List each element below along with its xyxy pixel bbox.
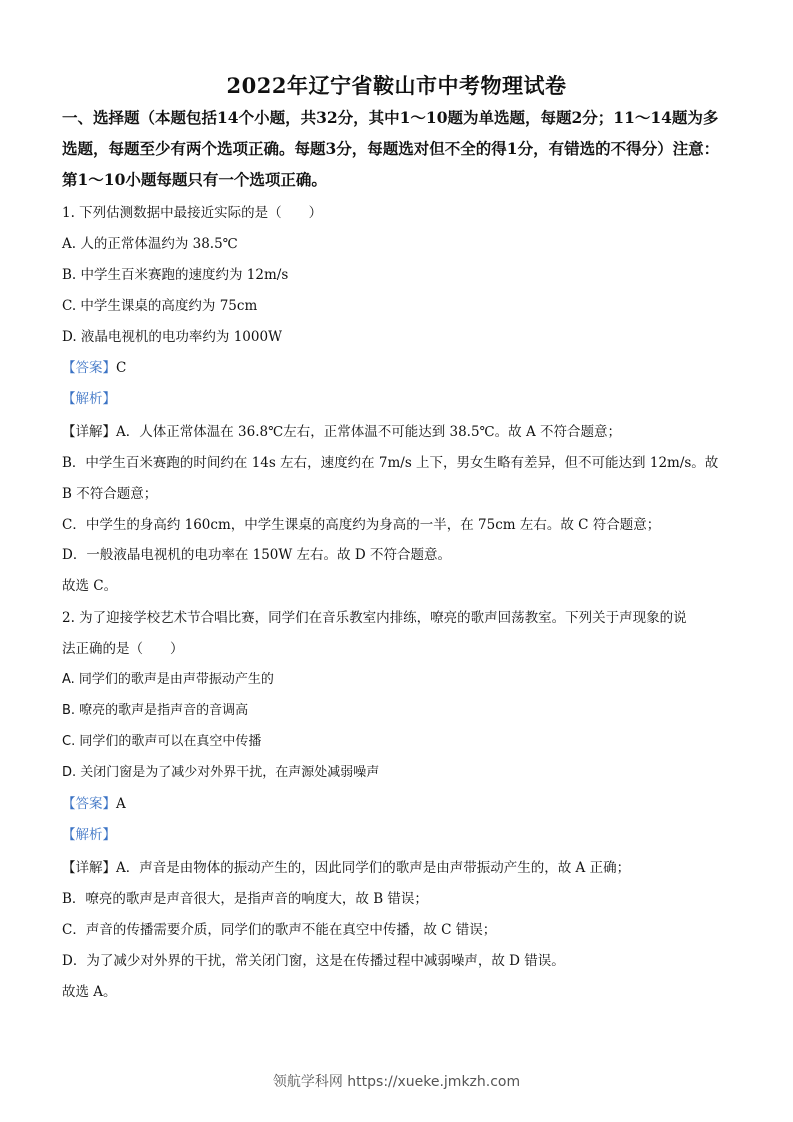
q1-stem: 1. 下列估测数据中最接近实际的是（ ） (62, 204, 322, 222)
footer-watermark: 领航学科网 https://xueke.jmkzh.com (0, 1071, 793, 1091)
q2-detail-1: 【详解】A．声音是由物体的振动产生的，因此同学们的歌声是由声带振动产生的，故 A… (62, 859, 630, 877)
section-heading: 一、选择题（本题包括14个小题，共32分，其中1～10题为单选题，每题2分；11… (62, 102, 732, 195)
q2-stem-line2: 法正确的是（ ） (62, 640, 184, 658)
q1-detail-2: B．中学生百米赛跑的时间约在 14s 左右，速度约在 7m/s 上下，男女生略有… (62, 454, 718, 472)
q1-detail-4: C．中学生的身高约 160cm，中学生课桌的高度约为身高的一半，在 75cm 左… (62, 516, 660, 534)
q2-detail-3: C．声音的传播需要介质，同学们的歌声不能在真空中传播，故 C 错误； (62, 921, 496, 939)
q1-detail-3: B 不符合题意； (62, 485, 157, 503)
q1-detail-1: 【详解】A．人体正常体温在 36.8℃左右，正常体温不可能达到 38.5℃。故 … (62, 423, 621, 441)
q2-option-a: A. 同学们的歌声是由声带振动产生的 (62, 671, 274, 689)
q2-answer: 【答案】A (62, 795, 126, 813)
q2-analysis-label: 【解析】 (62, 826, 116, 844)
page-title: 2022年辽宁省鞍山市中考物理试卷 (0, 70, 793, 100)
q2-detail-4: D．为了减少对外界的干扰，常关闭门窗，这是在传播过程中减弱噪声，故 D 错误。 (62, 952, 565, 970)
answer-label: 【答案】 (62, 360, 116, 376)
q2-stem-line1: 2. 为了迎接学校艺术节合唱比赛，同学们在音乐教室内排练，嘹亮的歌声回荡教室。下… (62, 609, 687, 627)
answer-label: 【答案】 (62, 796, 116, 812)
q1-option-d: D. 液晶电视机的电功率约为 1000W (62, 328, 282, 346)
q1-detail-6: 故选 C。 (62, 577, 117, 595)
q1-option-b: B. 中学生百米赛跑的速度约为 12m/s (62, 266, 288, 284)
q1-analysis-label: 【解析】 (62, 390, 116, 408)
q2-detail-2: B．嘹亮的歌声是声音很大，是指声音的响度大，故 B 错误； (62, 890, 428, 908)
q1-detail-5: D．一般液晶电视机的电功率在 150W 左右。故 D 不符合题意。 (62, 546, 451, 564)
q2-option-b: B. 嘹亮的歌声是指声音的音调高 (62, 702, 248, 720)
answer-value: A (116, 796, 126, 812)
q1-option-c: C. 中学生课桌的高度约为 75cm (62, 297, 257, 315)
q2-detail-5: 故选 A。 (62, 983, 117, 1001)
answer-value: C (116, 360, 126, 376)
document-page: 2022年辽宁省鞍山市中考物理试卷 一、选择题（本题包括14个小题，共32分，其… (0, 0, 793, 1122)
q2-option-d: D. 关闭门窗是为了减少对外界干扰，在声源处减弱噪声 (62, 764, 379, 782)
q2-option-c: C. 同学们的歌声可以在真空中传播 (62, 733, 261, 751)
q1-answer: 【答案】C (62, 359, 126, 377)
q1-option-a: A. 人的正常体温约为 38.5℃ (62, 235, 238, 253)
